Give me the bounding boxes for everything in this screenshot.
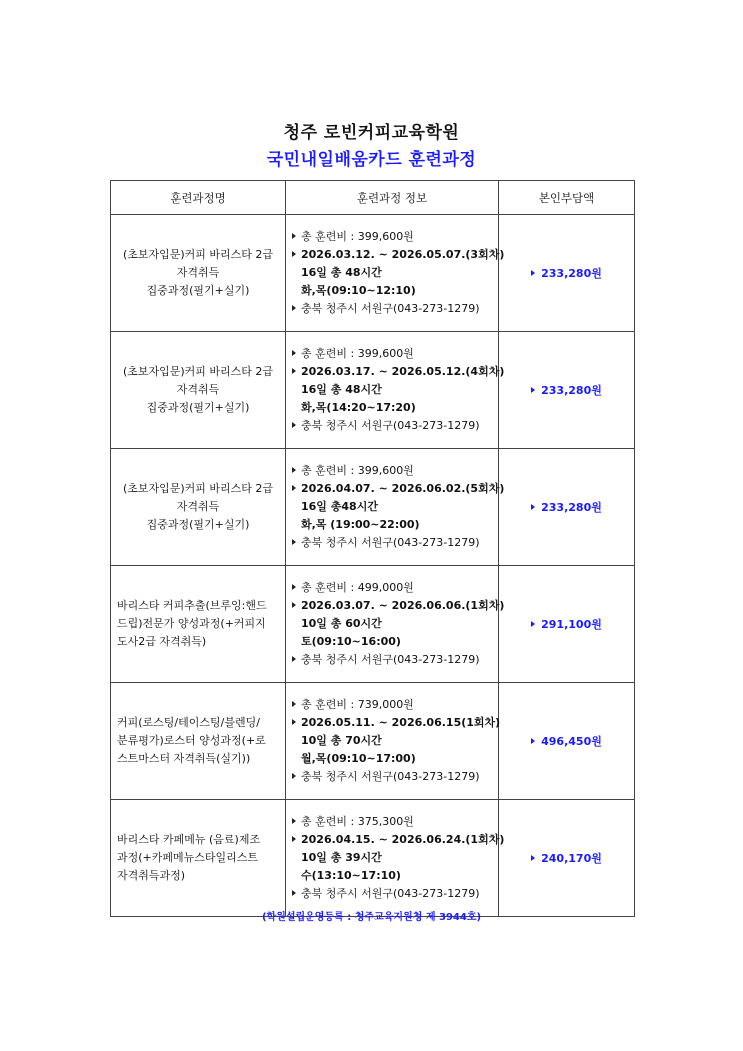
bullet-icon bbox=[292, 818, 296, 824]
self-pay-cell: 240,170원 bbox=[499, 800, 635, 917]
course-schedule: 토(09:10~16:00) bbox=[292, 633, 494, 651]
course-info-cell: 총 훈련비 : 399,600원 2026.03.12. ~ 2026.05.0… bbox=[286, 215, 499, 332]
course-info-cell: 총 훈련비 : 399,600원 2026.03.17. ~ 2026.05.1… bbox=[286, 332, 499, 449]
bullet-icon bbox=[531, 270, 535, 276]
bullet-icon bbox=[531, 387, 535, 393]
course-name-line: 자격취득 bbox=[117, 498, 279, 516]
course-days-hours: 10일 총 60시간 bbox=[292, 615, 494, 633]
self-pay-cell: 233,280원 bbox=[499, 449, 635, 566]
course-location: 충북 청주시 서원구(043-273-1279) bbox=[301, 536, 480, 549]
table-row: 바리스타 카페메뉴 (음료)제조 과정(+카페메뉴스타일리스트 자격취득과정) … bbox=[111, 800, 635, 917]
total-fee: 총 훈련비 : 399,600원 bbox=[301, 230, 414, 243]
course-location: 충북 청주시 서원구(043-273-1279) bbox=[301, 653, 480, 666]
table-row: (초보자입문)커피 바리스타 2급 자격취득 집중과정(필기+실기) 총 훈련비… bbox=[111, 332, 635, 449]
course-name-line: 커피(로스팅/테이스팅/블렌딩/ bbox=[117, 714, 279, 732]
total-fee: 총 훈련비 : 399,600원 bbox=[301, 464, 414, 477]
course-name-line: 자격취득 bbox=[117, 381, 279, 399]
bullet-icon bbox=[292, 350, 296, 356]
course-name-line: 자격취득 bbox=[117, 264, 279, 282]
bullet-icon bbox=[292, 656, 296, 662]
course-location: 충북 청주시 서원구(043-273-1279) bbox=[301, 887, 480, 900]
total-fee: 총 훈련비 : 739,000원 bbox=[301, 698, 414, 711]
registration-note: (학원설립운영등록 : 청주교육지원청 제 3944호) bbox=[0, 908, 743, 923]
course-name-line: 스트마스터 자격취득(실기)) bbox=[117, 750, 279, 768]
bullet-icon bbox=[292, 719, 296, 725]
self-pay-amount: 496,450원 bbox=[541, 735, 602, 748]
bullet-icon bbox=[292, 584, 296, 590]
bullet-icon bbox=[292, 251, 296, 257]
self-pay-amount: 233,280원 bbox=[541, 384, 602, 397]
course-name-line: 집중과정(필기+실기) bbox=[117, 282, 279, 300]
course-period: 2026.03.17. ~ 2026.05.12.(4회차) bbox=[301, 365, 504, 378]
course-info-cell: 총 훈련비 : 399,600원 2026.04.07. ~ 2026.06.0… bbox=[286, 449, 499, 566]
bullet-icon bbox=[292, 539, 296, 545]
column-header-course-name: 훈련과정명 bbox=[111, 181, 286, 215]
column-header-self-pay: 본인부담액 bbox=[499, 181, 635, 215]
course-name-line: (초보자입문)커피 바리스타 2급 bbox=[117, 363, 279, 381]
bullet-icon bbox=[292, 602, 296, 608]
self-pay-amount: 233,280원 bbox=[541, 501, 602, 514]
course-name-line: 집중과정(필기+실기) bbox=[117, 516, 279, 534]
course-period: 2026.04.07. ~ 2026.06.02.(5회차) bbox=[301, 482, 504, 495]
course-location: 충북 청주시 서원구(043-273-1279) bbox=[301, 419, 480, 432]
course-name-cell: 바리스타 커피추출(브루잉:핸드 드립)전문가 양성과정(+커피지 도사2급 자… bbox=[111, 566, 286, 683]
self-pay-amount: 240,170원 bbox=[541, 852, 602, 865]
course-days-hours: 10일 총 39시간 bbox=[292, 849, 494, 867]
course-schedule: 화,목(14:20~17:20) bbox=[292, 399, 494, 417]
course-period: 2026.03.12. ~ 2026.05.07.(3회차) bbox=[301, 248, 504, 261]
course-table: 훈련과정명 훈련과정 정보 본인부담액 (초보자입문)커피 바리스타 2급 자격… bbox=[110, 180, 635, 917]
course-days-hours: 16일 총 48시간 bbox=[292, 381, 494, 399]
course-name-cell: (초보자입문)커피 바리스타 2급 자격취득 집중과정(필기+실기) bbox=[111, 215, 286, 332]
bullet-icon bbox=[292, 773, 296, 779]
course-days-hours: 16일 총 48시간 bbox=[292, 264, 494, 282]
course-name-line: 자격취득과정) bbox=[117, 867, 279, 885]
program-subtitle: 국민내일배움카드 훈련과정 bbox=[0, 145, 743, 170]
course-schedule: 월,목(09:10~17:00) bbox=[292, 750, 494, 768]
self-pay-cell: 233,280원 bbox=[499, 332, 635, 449]
course-name-cell: (초보자입문)커피 바리스타 2급 자격취득 집중과정(필기+실기) bbox=[111, 449, 286, 566]
course-name-line: 바리스타 카페메뉴 (음료)제조 bbox=[117, 831, 279, 849]
bullet-icon bbox=[531, 855, 535, 861]
course-name-line: (초보자입문)커피 바리스타 2급 bbox=[117, 480, 279, 498]
course-schedule: 화,목 (19:00~22:00) bbox=[292, 516, 494, 534]
bullet-icon bbox=[292, 233, 296, 239]
bullet-icon bbox=[292, 890, 296, 896]
table-row: (초보자입문)커피 바리스타 2급 자격취득 집중과정(필기+실기) 총 훈련비… bbox=[111, 215, 635, 332]
self-pay-amount: 291,100원 bbox=[541, 618, 602, 631]
bullet-icon bbox=[292, 701, 296, 707]
academy-title: 청주 로빈커피교육학원 bbox=[0, 118, 743, 143]
bullet-icon bbox=[531, 504, 535, 510]
bullet-icon bbox=[292, 467, 296, 473]
table-row: 바리스타 커피추출(브루잉:핸드 드립)전문가 양성과정(+커피지 도사2급 자… bbox=[111, 566, 635, 683]
course-name-line: 바리스타 커피추출(브루잉:핸드 bbox=[117, 597, 279, 615]
course-name-line: 도사2급 자격취득) bbox=[117, 633, 279, 651]
course-name-line: 과정(+카페메뉴스타일리스트 bbox=[117, 849, 279, 867]
bullet-icon bbox=[531, 738, 535, 744]
bullet-icon bbox=[531, 621, 535, 627]
course-name-line: (초보자입문)커피 바리스타 2급 bbox=[117, 246, 279, 264]
course-name-line: 분류평가)로스터 양성과정(+로 bbox=[117, 732, 279, 750]
course-name-cell: 커피(로스팅/테이스팅/블렌딩/ 분류평가)로스터 양성과정(+로 스트마스터 … bbox=[111, 683, 286, 800]
course-name-line: 드립)전문가 양성과정(+커피지 bbox=[117, 615, 279, 633]
total-fee: 총 훈련비 : 375,300원 bbox=[301, 815, 414, 828]
course-days-hours: 10일 총 70시간 bbox=[292, 732, 494, 750]
course-schedule: 화,목(09:10~12:10) bbox=[292, 282, 494, 300]
course-period: 2026.04.15. ~ 2026.06.24.(1회차) bbox=[301, 833, 504, 846]
bullet-icon bbox=[292, 305, 296, 311]
course-schedule: 수(13:10~17:10) bbox=[292, 867, 494, 885]
table-header-row: 훈련과정명 훈련과정 정보 본인부담액 bbox=[111, 181, 635, 215]
course-name-cell: (초보자입문)커피 바리스타 2급 자격취득 집중과정(필기+실기) bbox=[111, 332, 286, 449]
course-name-cell: 바리스타 카페메뉴 (음료)제조 과정(+카페메뉴스타일리스트 자격취득과정) bbox=[111, 800, 286, 917]
self-pay-amount: 233,280원 bbox=[541, 267, 602, 280]
course-days-hours: 16일 총48시간 bbox=[292, 498, 494, 516]
course-info-cell: 총 훈련비 : 739,000원 2026.05.11. ~ 2026.06.1… bbox=[286, 683, 499, 800]
bullet-icon bbox=[292, 836, 296, 842]
course-name-line: 집중과정(필기+실기) bbox=[117, 399, 279, 417]
table-row: (초보자입문)커피 바리스타 2급 자격취득 집중과정(필기+실기) 총 훈련비… bbox=[111, 449, 635, 566]
course-period: 2026.05.11. ~ 2026.06.15(1회차) bbox=[301, 716, 500, 729]
course-info-cell: 총 훈련비 : 375,300원 2026.04.15. ~ 2026.06.2… bbox=[286, 800, 499, 917]
total-fee: 총 훈련비 : 499,000원 bbox=[301, 581, 414, 594]
total-fee: 총 훈련비 : 399,600원 bbox=[301, 347, 414, 360]
self-pay-cell: 291,100원 bbox=[499, 566, 635, 683]
course-period: 2026.03.07. ~ 2026.06.06.(1회차) bbox=[301, 599, 504, 612]
self-pay-cell: 233,280원 bbox=[499, 215, 635, 332]
self-pay-cell: 496,450원 bbox=[499, 683, 635, 800]
bullet-icon bbox=[292, 422, 296, 428]
course-location: 충북 청주시 서원구(043-273-1279) bbox=[301, 302, 480, 315]
table-row: 커피(로스팅/테이스팅/블렌딩/ 분류평가)로스터 양성과정(+로 스트마스터 … bbox=[111, 683, 635, 800]
course-location: 충북 청주시 서원구(043-273-1279) bbox=[301, 770, 480, 783]
course-info-cell: 총 훈련비 : 499,000원 2026.03.07. ~ 2026.06.0… bbox=[286, 566, 499, 683]
column-header-course-info: 훈련과정 정보 bbox=[286, 181, 499, 215]
bullet-icon bbox=[292, 485, 296, 491]
bullet-icon bbox=[292, 368, 296, 374]
